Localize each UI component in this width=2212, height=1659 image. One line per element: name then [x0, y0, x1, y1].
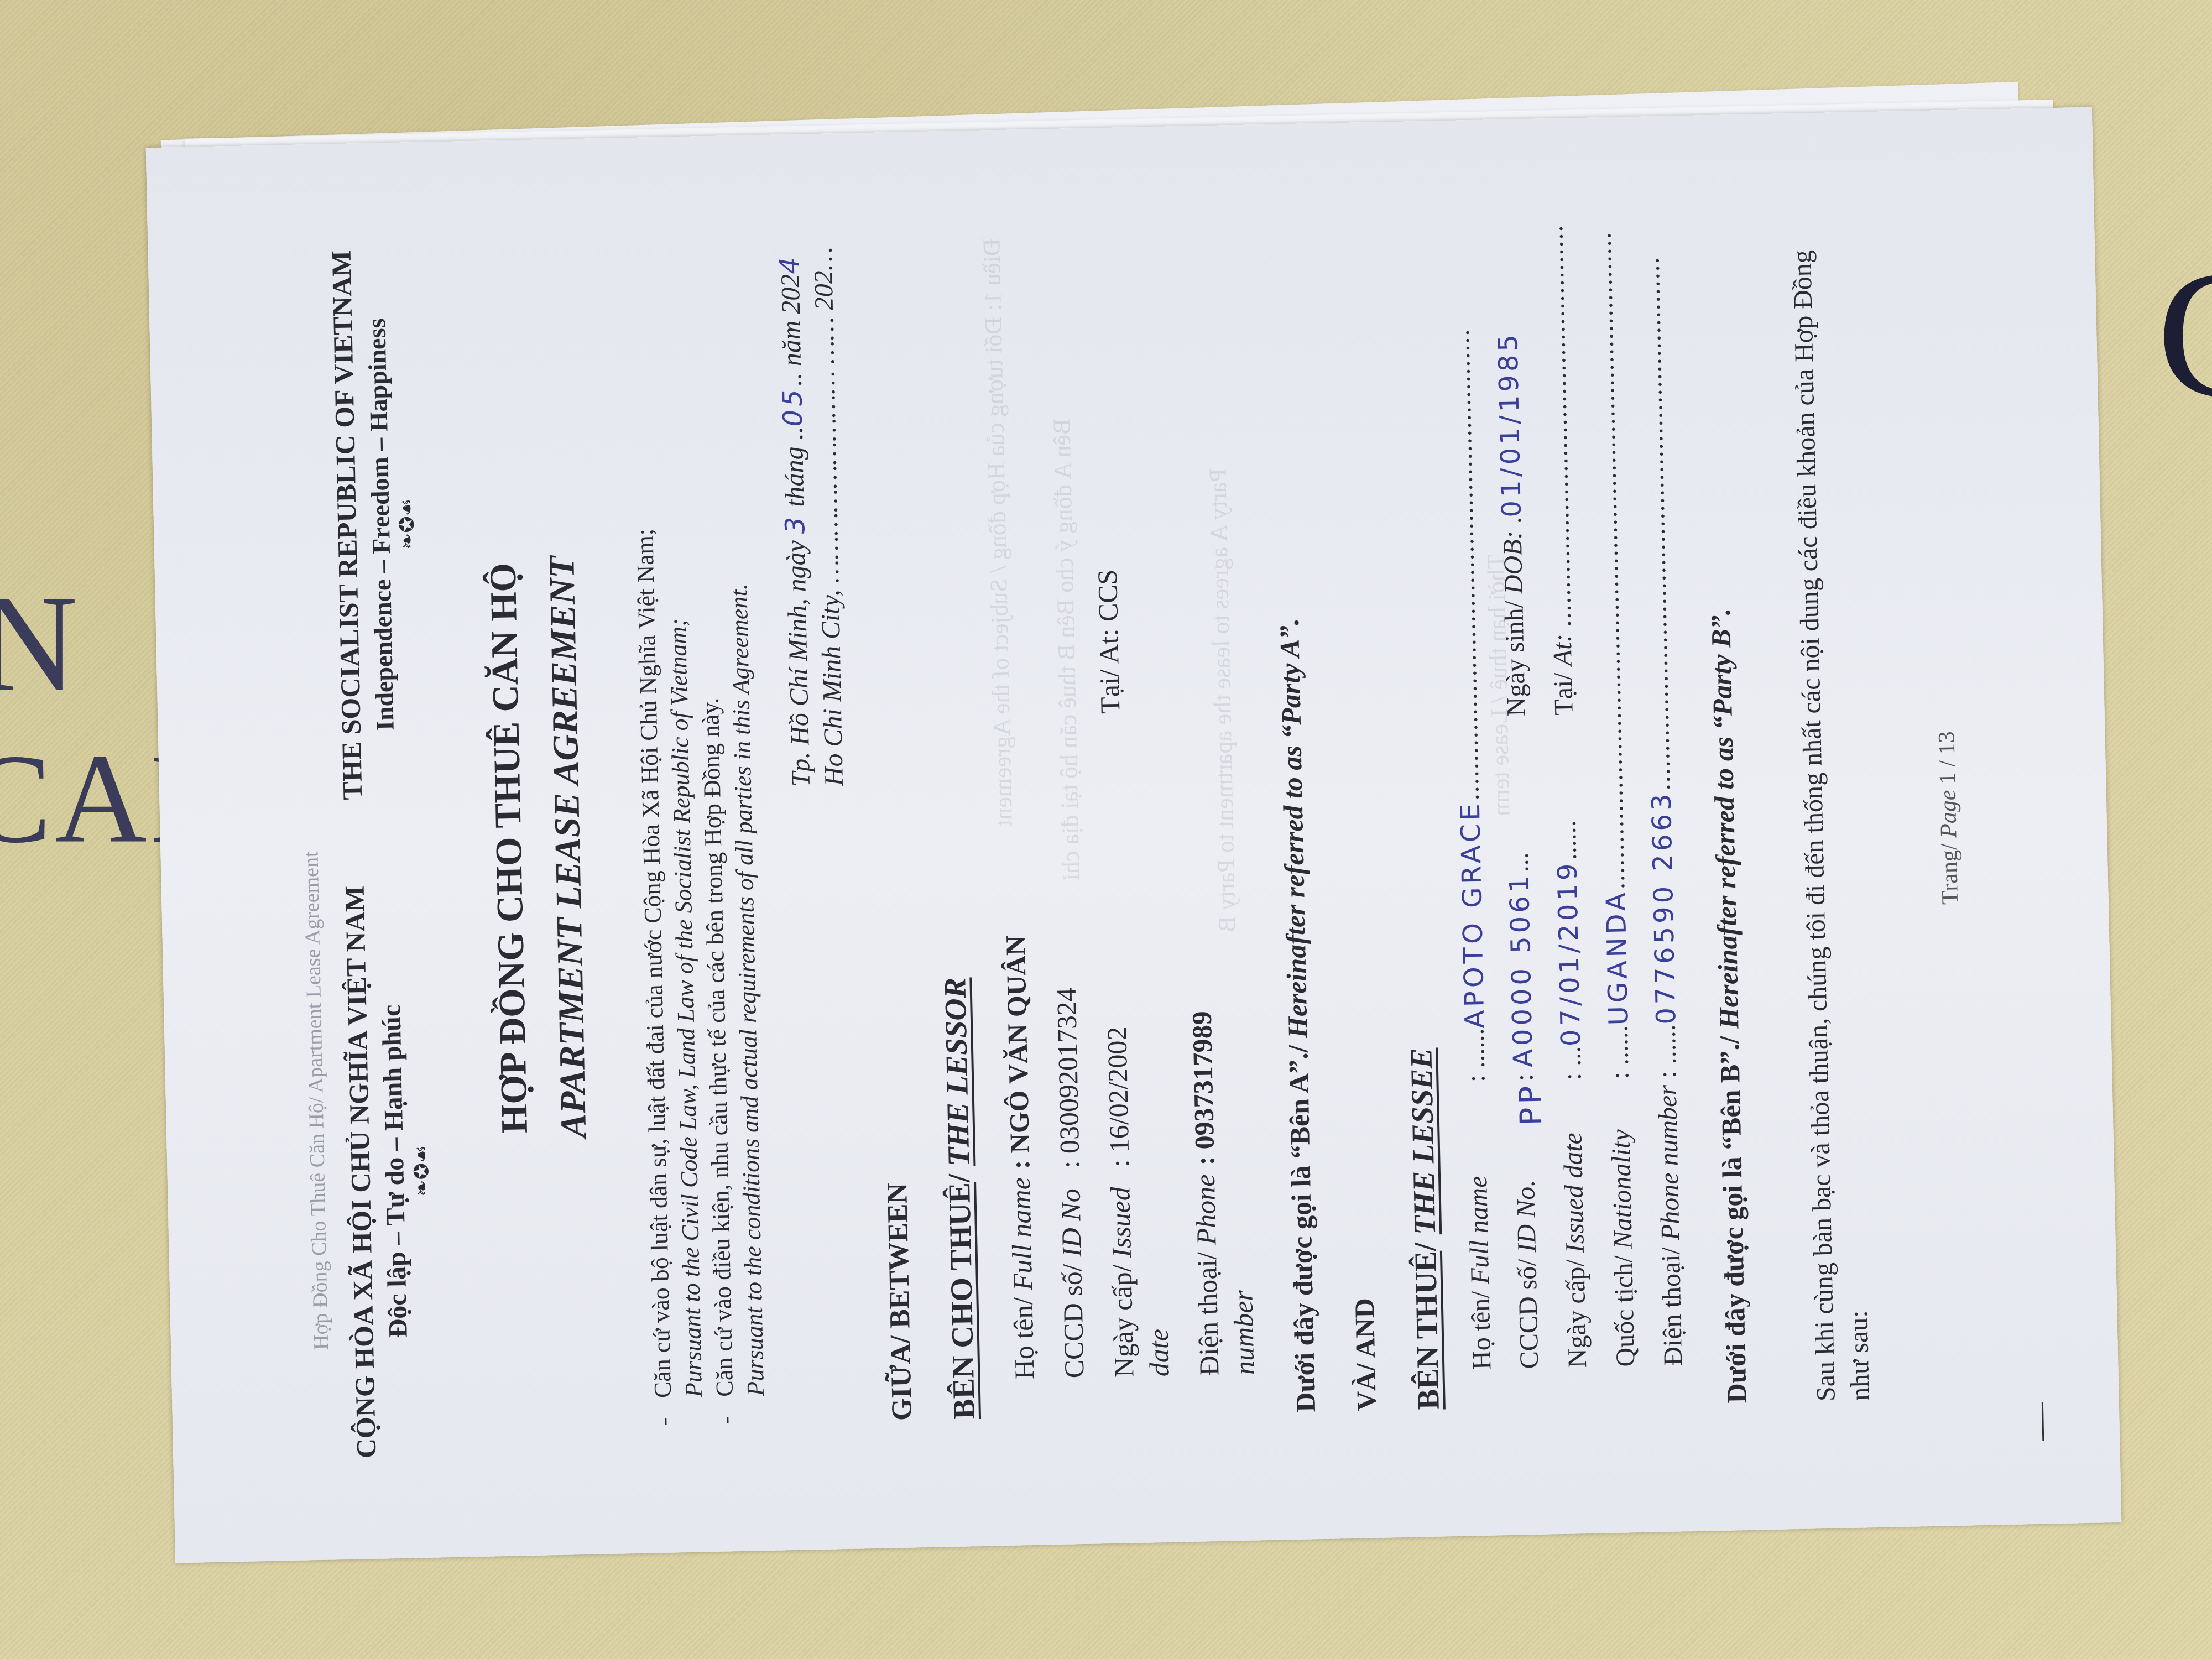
corner-mark	[2042, 1402, 2044, 1441]
lessee-id-handwritten: A0000 5061	[1504, 872, 1539, 1068]
closing-paragraph: Sau khi cùng bàn bạc và thỏa thuận, chún…	[1785, 239, 1878, 1402]
lessee-phone-handwritten: 0776590 2663	[1645, 790, 1683, 1025]
lessee-dob-handwritten: 01/01/1985	[1493, 331, 1527, 518]
title-block: HỢP ĐỒNG CHO THUÊ CĂN HỘ APARTMENT LEASE…	[472, 139, 604, 1556]
page-footer: Trang/ Page 1 / 13	[1921, 110, 1977, 1526]
lessee-field-phone: Điện thoại/ Phone number : ......0776590…	[1632, 171, 1690, 1366]
between-label: GIỮA/ BETWEEN	[881, 1182, 919, 1421]
lessee-fields: Họ tên/ Full name : ......APOTO GRACE...…	[1441, 171, 1704, 1370]
lessee-issued-handwritten: 07/01/2019	[1552, 860, 1587, 1047]
title-en: APARTMENT LEASE AGREEMENT	[532, 139, 604, 1555]
passport-note-handwritten: PP	[1514, 1082, 1548, 1125]
date-day-handwritten: 3	[780, 513, 811, 534]
lessor-heading: BÊN CHO THUÊ/ THE LESSOR	[937, 977, 982, 1420]
party-b-note: Dưới đây được gọi là “Bên B”./ Hereinaft…	[1704, 608, 1753, 1404]
contract-page: Điều 1: Đối tượng của Hợp đồng / Subject…	[146, 107, 2122, 1563]
place-date: Tp. Hồ Chí Minh, ngày 3 tháng ..05.. năm…	[773, 247, 851, 787]
and-label: VÀ/ AND	[1348, 1298, 1383, 1411]
party-a-note: Dưới đây được gọi là “Bên A”./ Hereinaft…	[1273, 618, 1322, 1413]
lessee-name-handwritten: APOTO GRACE	[1454, 800, 1492, 1029]
lessee-nationality-handwritten: UGANDA	[1599, 889, 1635, 1026]
date-year-handwritten: 4	[774, 254, 806, 275]
national-motto-vi: CỘNG HÒA XÃ HỘI CHỦ NGHĨA VIỆT NAM Độc l…	[338, 867, 440, 1477]
running-header: Hợp Đồng Cho Thuê Căn Hộ/ Apartment Leas…	[299, 851, 333, 1350]
lessee-field-id: CCCD số/ ID No. PP : A0000 5061... Ngày …	[1488, 174, 1547, 1369]
lessor-field-phone: Điện thoại/ Phone number : 0937317989	[1167, 213, 1262, 1376]
recitals: -Căn cứ vào bộ luật dân sự, luật đất đai…	[629, 526, 772, 1426]
title-vi: HỢP ĐỒNG CHO THUÊ CĂN HỘ	[472, 140, 545, 1556]
tablecloth-print-top: N	[0, 575, 81, 713]
lessor-field-id: CCCD số/ ID No : 030092017324	[1032, 217, 1092, 1379]
lessee-field-nationality: Quốc tịch/ Nationality : ......UGANDA...…	[1584, 172, 1642, 1367]
lessee-field-issued: Ngày cấp/ Issued date : ...07/01/2019...…	[1536, 173, 1595, 1368]
lessee-field-name: Họ tên/ Full name : ......APOTO GRACE...…	[1441, 175, 1499, 1370]
lessor-fields: Họ tên/ Full name : NGÔ VĂN QUÂN CCCD số…	[983, 213, 1277, 1380]
tablecloth-print-right: C	[2157, 243, 2212, 426]
page-number: 1 / 13	[1934, 731, 1960, 785]
lessee-heading: BÊN THUÊ/ THE LESSEE	[1404, 1047, 1447, 1410]
national-motto-en: THE SOCIALIST REPUBLIC OF VIETNAM Indepe…	[324, 220, 425, 830]
lessor-field-issued: Ngày cấp/ Issued date : 16/02/2002 Tại/ …	[1082, 215, 1177, 1378]
date-month-handwritten: 05	[777, 386, 809, 427]
